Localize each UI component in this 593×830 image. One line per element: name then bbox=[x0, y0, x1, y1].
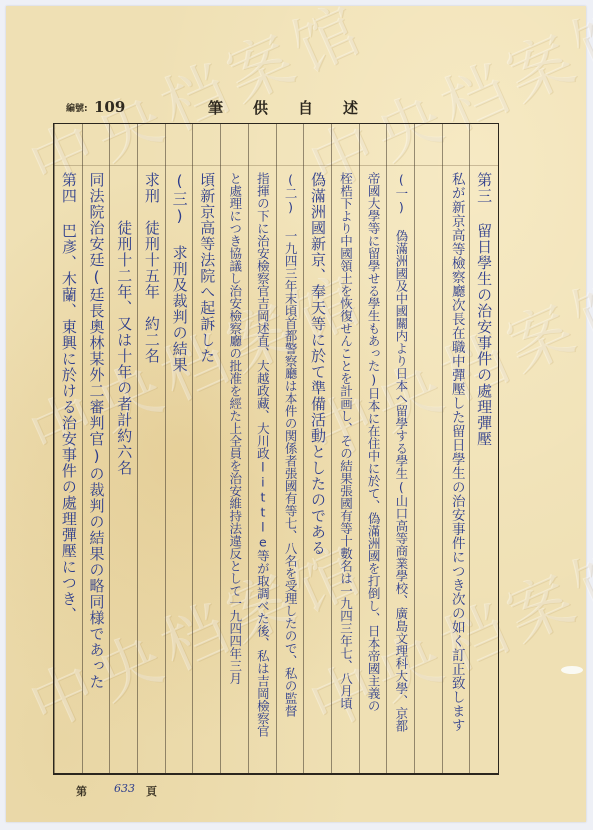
grid-column: (二) 一九四三年末頃首都警察廳は本件の関係者張國有等七、八名を受理したので、私… bbox=[276, 124, 304, 773]
grid-column: 偽滿洲國新京、奉天等に於て準備活動としたのである bbox=[303, 124, 331, 773]
handwritten-line: 同法院治安廷(廷長奧林某外二審判官)の裁判の結果の略同様であった bbox=[89, 172, 104, 690]
grid-column: 第四 巴彥、木蘭、東興に於ける治安事件の處理彈壓につき、 bbox=[54, 124, 82, 773]
form-title: 筆供自述 bbox=[208, 97, 388, 118]
handwritten-line: 第三 留日學生の治安事件の處理彈壓 bbox=[476, 172, 491, 447]
handwritten-line: (二) 一九四三年末頃首都警察廳は本件の関係者張國有等七、八名を受理したので、私… bbox=[284, 172, 297, 717]
grid-column: (一) 偽滿洲國及中國關内より日本へ留學する學生(山口高等商業學校、廣島文理科大… bbox=[386, 124, 414, 773]
page-number: 633 bbox=[114, 782, 135, 795]
grid-column: 私が新京高等檢察廳次長在職中彈壓した留日學生の治安事件につき次の如く訂正致します bbox=[442, 124, 470, 773]
handwritten-line: 頃新京高等法院へ起訴した bbox=[199, 172, 214, 364]
grid-column: と處理につき協議し治安檢察廳の批准を經た上全員を治安維持法違反として一九四四年三… bbox=[220, 124, 248, 773]
paper-stain bbox=[561, 666, 583, 674]
grid-column: 求刑 徒刑十五年 約二名 bbox=[137, 124, 165, 773]
grid-column: 指揮の下に治安檢察官吉岡述直、大越政藏、大川政little等が取調べた後、私は吉… bbox=[248, 124, 276, 773]
handwritten-line: 桎梏下より中國領土を恢復せんことを計画し、その結果張國有等十數名は一九四三年七、… bbox=[339, 172, 352, 710]
serial-number: 109 bbox=[94, 98, 125, 116]
handwritten-line: 求刑 徒刑十五年 約二名 bbox=[144, 172, 159, 364]
page-label-prefix: 第 bbox=[76, 783, 87, 799]
grid-column: 桎梏下より中國領土を恢復せんことを計画し、その結果張國有等十數名は一九四三年七、… bbox=[331, 124, 359, 773]
serial-label: 編號: bbox=[66, 101, 88, 114]
grid-column bbox=[414, 124, 442, 773]
grid-column: 帝國大學等に留學せる學生もあった)日本に在住中に於て、偽滿洲國を打倒し、日本帝國… bbox=[359, 124, 387, 773]
grid-column: (三) 求刑及裁判の結果 bbox=[165, 124, 193, 773]
grid-column: 頃新京高等法院へ起訴した bbox=[192, 124, 220, 773]
manuscript-grid: 第四 巴彥、木蘭、東興に於ける治安事件の處理彈壓につき、同法院治安廷(廷長奧林某… bbox=[53, 123, 499, 775]
handwritten-line: 帝國大學等に留學せる學生もあった)日本に在住中に於て、偽滿洲國を打倒し、日本帝國… bbox=[367, 172, 380, 712]
grid-column: 同法院治安廷(廷長奧林某外二審判官)の裁判の結果の略同様であった bbox=[82, 124, 110, 773]
handwritten-line: 指揮の下に治安檢察官吉岡述直、大越政藏、大川政little等が取調べた後、私は吉… bbox=[256, 172, 269, 737]
grid-column: 徒刑十二年、又は十年の者計約六名 bbox=[109, 124, 137, 773]
handwritten-line: (三) 求刑及裁判の結果 bbox=[172, 172, 187, 373]
handwritten-line: 徒刑十二年、又は十年の者計約六名 bbox=[116, 172, 131, 476]
grid-column: 第三 留日學生の治安事件の處理彈壓 bbox=[469, 124, 497, 773]
handwritten-line: 偽滿洲國新京、奉天等に於て準備活動としたのである bbox=[310, 172, 325, 556]
handwritten-line: 第四 巴彥、木蘭、東興に於ける治安事件の處理彈壓につき、 bbox=[61, 172, 76, 623]
handwritten-line: と處理につき協議し治安檢察廳の批准を經た上全員を治安維持法違反として一九四四年三… bbox=[228, 172, 241, 685]
handwritten-line: (一) 偽滿洲國及中國關内より日本へ留學する學生(山口高等商業學校、廣島文理科大… bbox=[394, 172, 407, 732]
handwritten-line: 私が新京高等檢察廳次長在職中彈壓した留日學生の治安事件につき次の如く訂正致します bbox=[449, 172, 463, 732]
page-label-suffix: 頁 bbox=[146, 783, 157, 799]
